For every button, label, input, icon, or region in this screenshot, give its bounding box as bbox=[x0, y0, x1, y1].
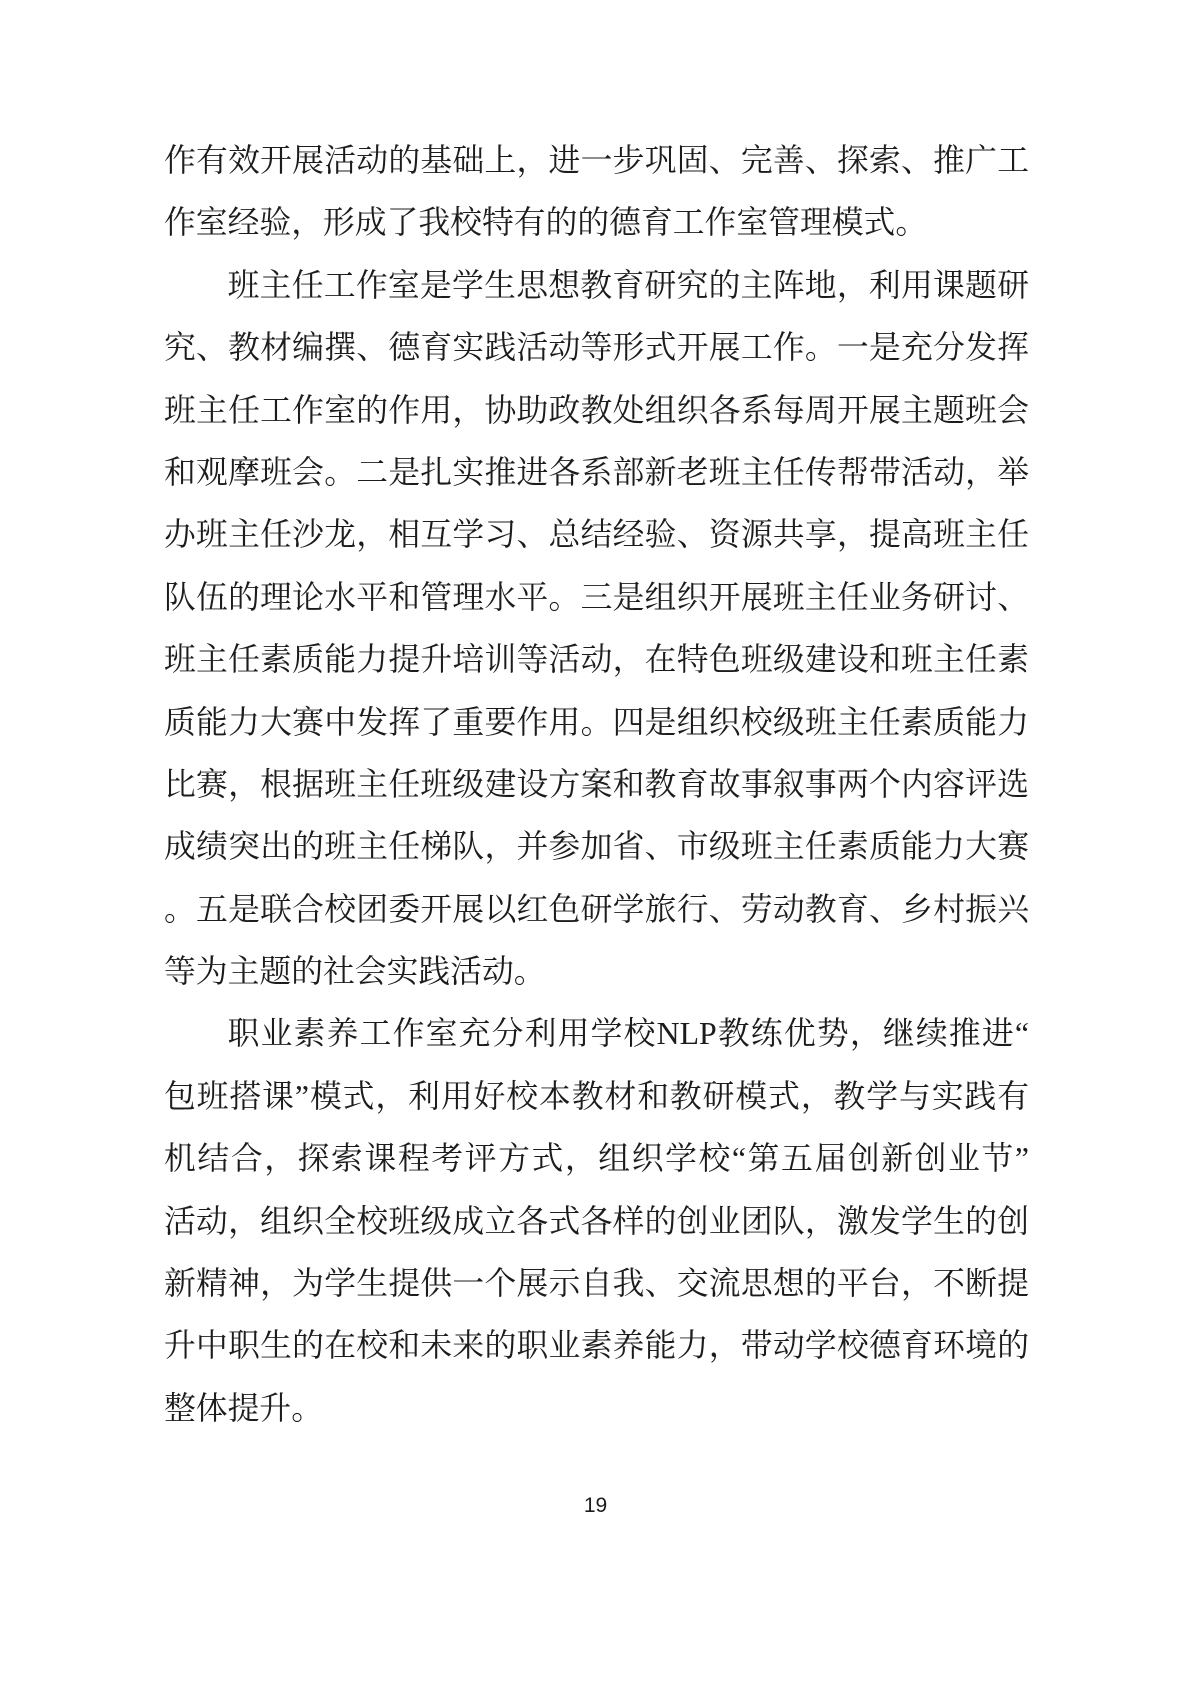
text-line: 。五是联合校团委开展以红色研学旅行、劳动教育、乡村振兴 bbox=[164, 879, 1029, 941]
text-line: 究、教材编撰、德育实践活动等形式开展工作。一是充分发挥 bbox=[164, 317, 1029, 379]
text-line: 成绩突出的班主任梯队，并参加省、市级班主任素质能力大赛 bbox=[164, 816, 1029, 878]
text-line: 质能力大赛中发挥了重要作用。四是组织校级班主任素质能力 bbox=[164, 692, 1029, 754]
text-line: 作室经验，形成了我校特有的的德育工作室管理模式。 bbox=[164, 192, 1029, 254]
page-number: 19 bbox=[0, 1492, 1191, 1520]
text-line: 办班主任沙龙，相互学习、总结经验、资源共享，提高班主任 bbox=[164, 504, 1029, 566]
text-line paragraph-start: 班主任工作室是学生思想教育研究的主阵地，利用课题研 bbox=[164, 255, 1029, 317]
text-line: 包班搭课”模式，利用好校本教材和教研模式，教学与实践有 bbox=[164, 1066, 1029, 1128]
text-line: 机结合，探索课程考评方式，组织学校“第五届创新创业节” bbox=[164, 1128, 1029, 1190]
text-line: 活动，组织全校班级成立各式各样的创业团队，激发学生的创 bbox=[164, 1191, 1029, 1253]
text-line: 升中职生的在校和未来的职业素养能力，带动学校德育环境的 bbox=[164, 1315, 1029, 1377]
text-line: 班主任素质能力提升培训等活动，在特色班级建设和班主任素 bbox=[164, 629, 1029, 691]
text-line: 队伍的理论水平和管理水平。三是组织开展班主任业务研讨、 bbox=[164, 567, 1029, 629]
text-line: 作有效开展活动的基础上，进一步巩固、完善、探索、推广工 bbox=[164, 130, 1029, 192]
text-line: 整体提升。 bbox=[164, 1378, 1029, 1440]
text-line: 比赛，根据班主任班级建设方案和教育故事叙事两个内容评选 bbox=[164, 754, 1029, 816]
text-line: 班主任工作室的作用，协助政教处组织各系每周开展主题班会 bbox=[164, 380, 1029, 442]
text-line: 和观摩班会。二是扎实推进各系部新老班主任传帮带活动，举 bbox=[164, 442, 1029, 504]
text-line: 新精神，为学生提供一个展示自我、交流思想的平台，不断提 bbox=[164, 1253, 1029, 1315]
text-line: 等为主题的社会实践活动。 bbox=[164, 941, 1029, 1003]
text-line paragraph-start: 职业素养工作室充分利用学校NLP教练优势，继续推进“ bbox=[164, 1003, 1029, 1065]
document-body: 作有效开展活动的基础上，进一步巩固、完善、探索、推广工 作室经验，形成了我校特有… bbox=[164, 130, 1029, 1440]
document-page: 作有效开展活动的基础上，进一步巩固、完善、探索、推广工 作室经验，形成了我校特有… bbox=[0, 0, 1191, 1684]
